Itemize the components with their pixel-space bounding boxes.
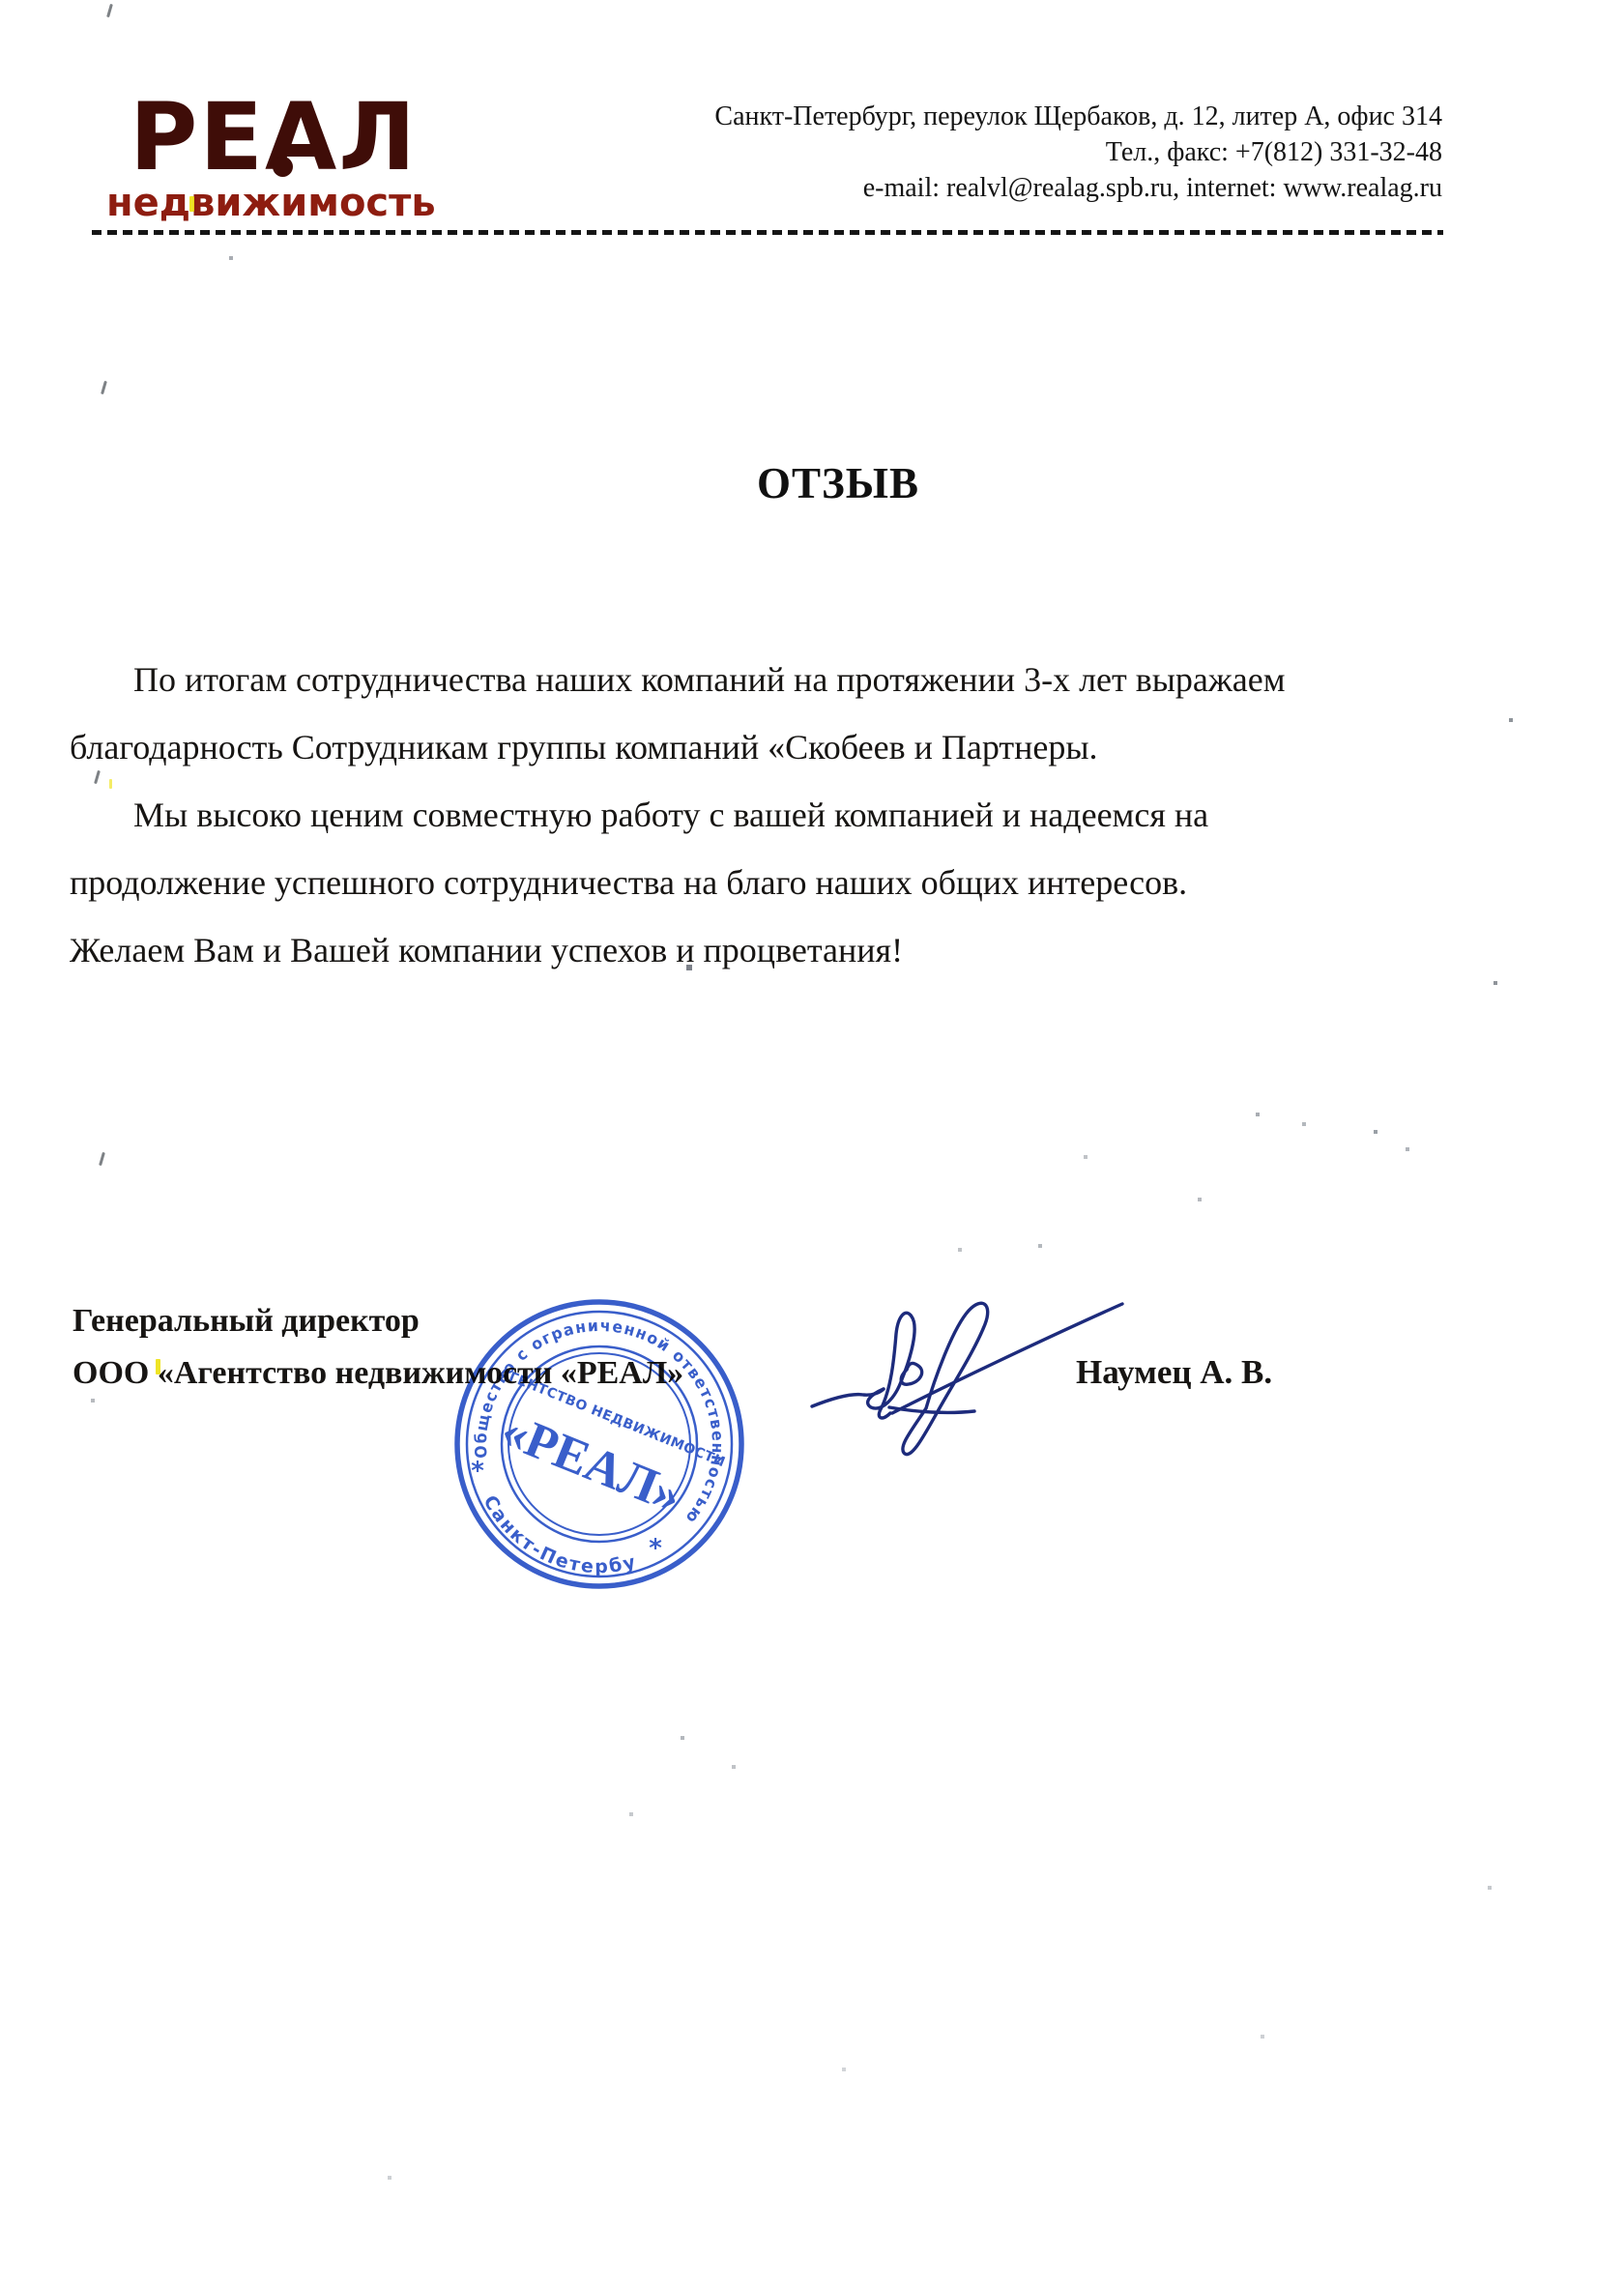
body-line: По итогам сотрудничества наших компаний …	[70, 646, 1481, 713]
contact-phone: Тел., факс: +7(812) 331-32-48	[714, 134, 1442, 170]
body-line: продолжение успешного сотрудничества на …	[70, 849, 1481, 916]
paragraph: По итогам сотрудничества наших компаний …	[70, 646, 1481, 781]
company-logo: РЕАЛ недвижимость	[106, 93, 435, 222]
highlighter-mark	[156, 1359, 160, 1374]
page-title: ОТЗЫВ	[26, 458, 1624, 508]
logo-subtitle-text: недвижимость	[106, 184, 435, 222]
company-stamp: Общество с ограниченной ответственностью…	[443, 1287, 756, 1601]
paragraph: Мы высоко ценим совместную работу с ваше…	[70, 781, 1481, 916]
scan-artifact	[99, 1152, 105, 1166]
scan-specks	[0, 0, 2, 2]
stamp-separator-right: *	[649, 1534, 662, 1563]
signature-scribble	[802, 1281, 1170, 1522]
body-line: Желаем Вам и Вашей компании успехов и пр…	[70, 916, 1481, 984]
highlighter-mark	[189, 196, 194, 212]
contact-email: e-mail: realvl@realag.spb.ru, internet: …	[714, 170, 1442, 206]
scan-artifact	[101, 381, 107, 394]
logo-dot	[273, 157, 293, 177]
signer-position-line1: Генеральный директор	[72, 1303, 420, 1340]
contact-block: Санкт-Петербург, переулок Щербаков, д. 1…	[714, 99, 1442, 206]
scan-artifact	[106, 4, 113, 17]
highlighter-mark	[109, 779, 112, 789]
stamp-separator-left: *	[471, 1457, 484, 1486]
body-line: Мы высоко ценим совместную работу с ваше…	[70, 781, 1481, 849]
document-page: РЕАЛ недвижимость Санкт-Петербург, переу…	[0, 0, 1624, 2285]
dashed-separator	[92, 230, 1443, 235]
letter-body: По итогам сотрудничества наших компаний …	[70, 646, 1481, 984]
contact-address: Санкт-Петербург, переулок Щербаков, д. 1…	[714, 99, 1442, 134]
body-line: благодарность Сотрудникам группы компани…	[70, 713, 1481, 781]
paragraph: Желаем Вам и Вашей компании успехов и пр…	[70, 916, 1481, 984]
